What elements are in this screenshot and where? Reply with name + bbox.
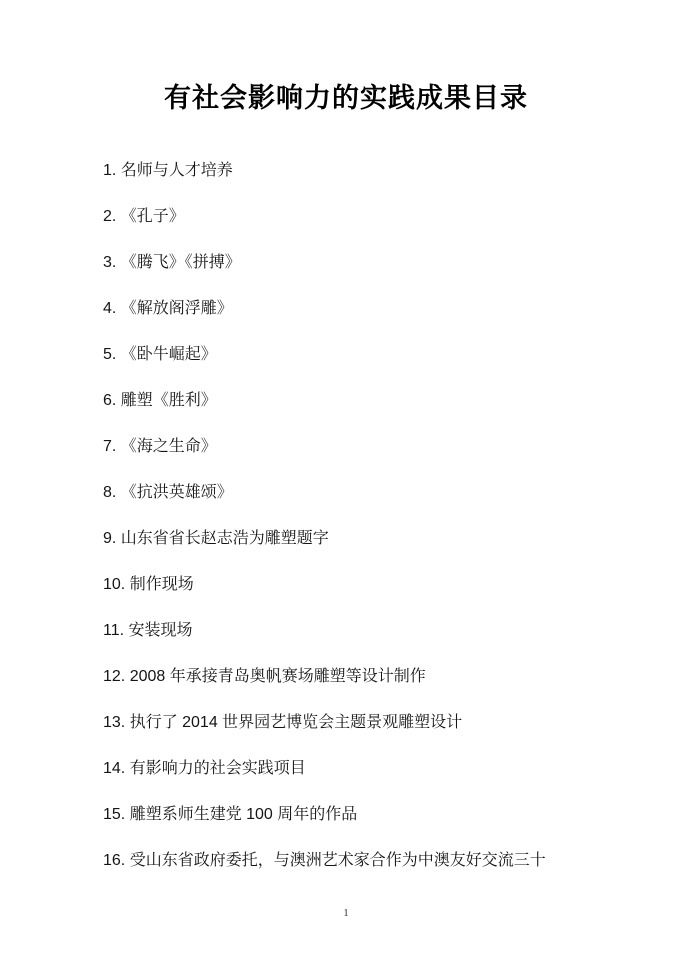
list-item: 4. 《解放阁浮雕》 [103, 299, 652, 319]
list-item: 2. 《孔子》 [103, 207, 652, 227]
list-item: 13. 执行了 2014 世界园艺博览会主题景观雕塑设计 [103, 713, 652, 733]
page-title: 有社会影响力的实践成果目录 [0, 83, 692, 113]
list-item: 12. 2008 年承接青岛奥帆赛场雕塑等设计制作 [103, 667, 652, 687]
list-item: 14. 有影响力的社会实践项目 [103, 759, 652, 779]
list-item: 15. 雕塑系师生建党 100 周年的作品 [103, 805, 652, 825]
list-item: 3. 《腾飞》《拼搏》 [103, 253, 652, 273]
list-item: 11. 安装现场 [103, 621, 652, 641]
list-item: 8. 《抗洪英雄颂》 [103, 483, 652, 503]
toc-list: 1. 名师与人才培养 2. 《孔子》 3. 《腾飞》《拼搏》 4. 《解放阁浮雕… [103, 161, 652, 897]
list-item: 10. 制作现场 [103, 575, 652, 595]
list-item: 7. 《海之生命》 [103, 437, 652, 457]
list-item: 5. 《卧牛崛起》 [103, 345, 652, 365]
page-footer: 1 [0, 903, 692, 921]
list-item: 6. 雕塑《胜利》 [103, 391, 652, 411]
page-number: 1 [343, 907, 349, 919]
list-item: 9. 山东省省长赵志浩为雕塑题字 [103, 529, 652, 549]
list-item: 16. 受山东省政府委托，与澳洲艺术家合作为中澳友好交流三十 [103, 851, 652, 871]
document-page: 有社会影响力的实践成果目录 1. 名师与人才培养 2. 《孔子》 3. 《腾飞》… [0, 0, 692, 978]
list-item: 1. 名师与人才培养 [103, 161, 652, 181]
